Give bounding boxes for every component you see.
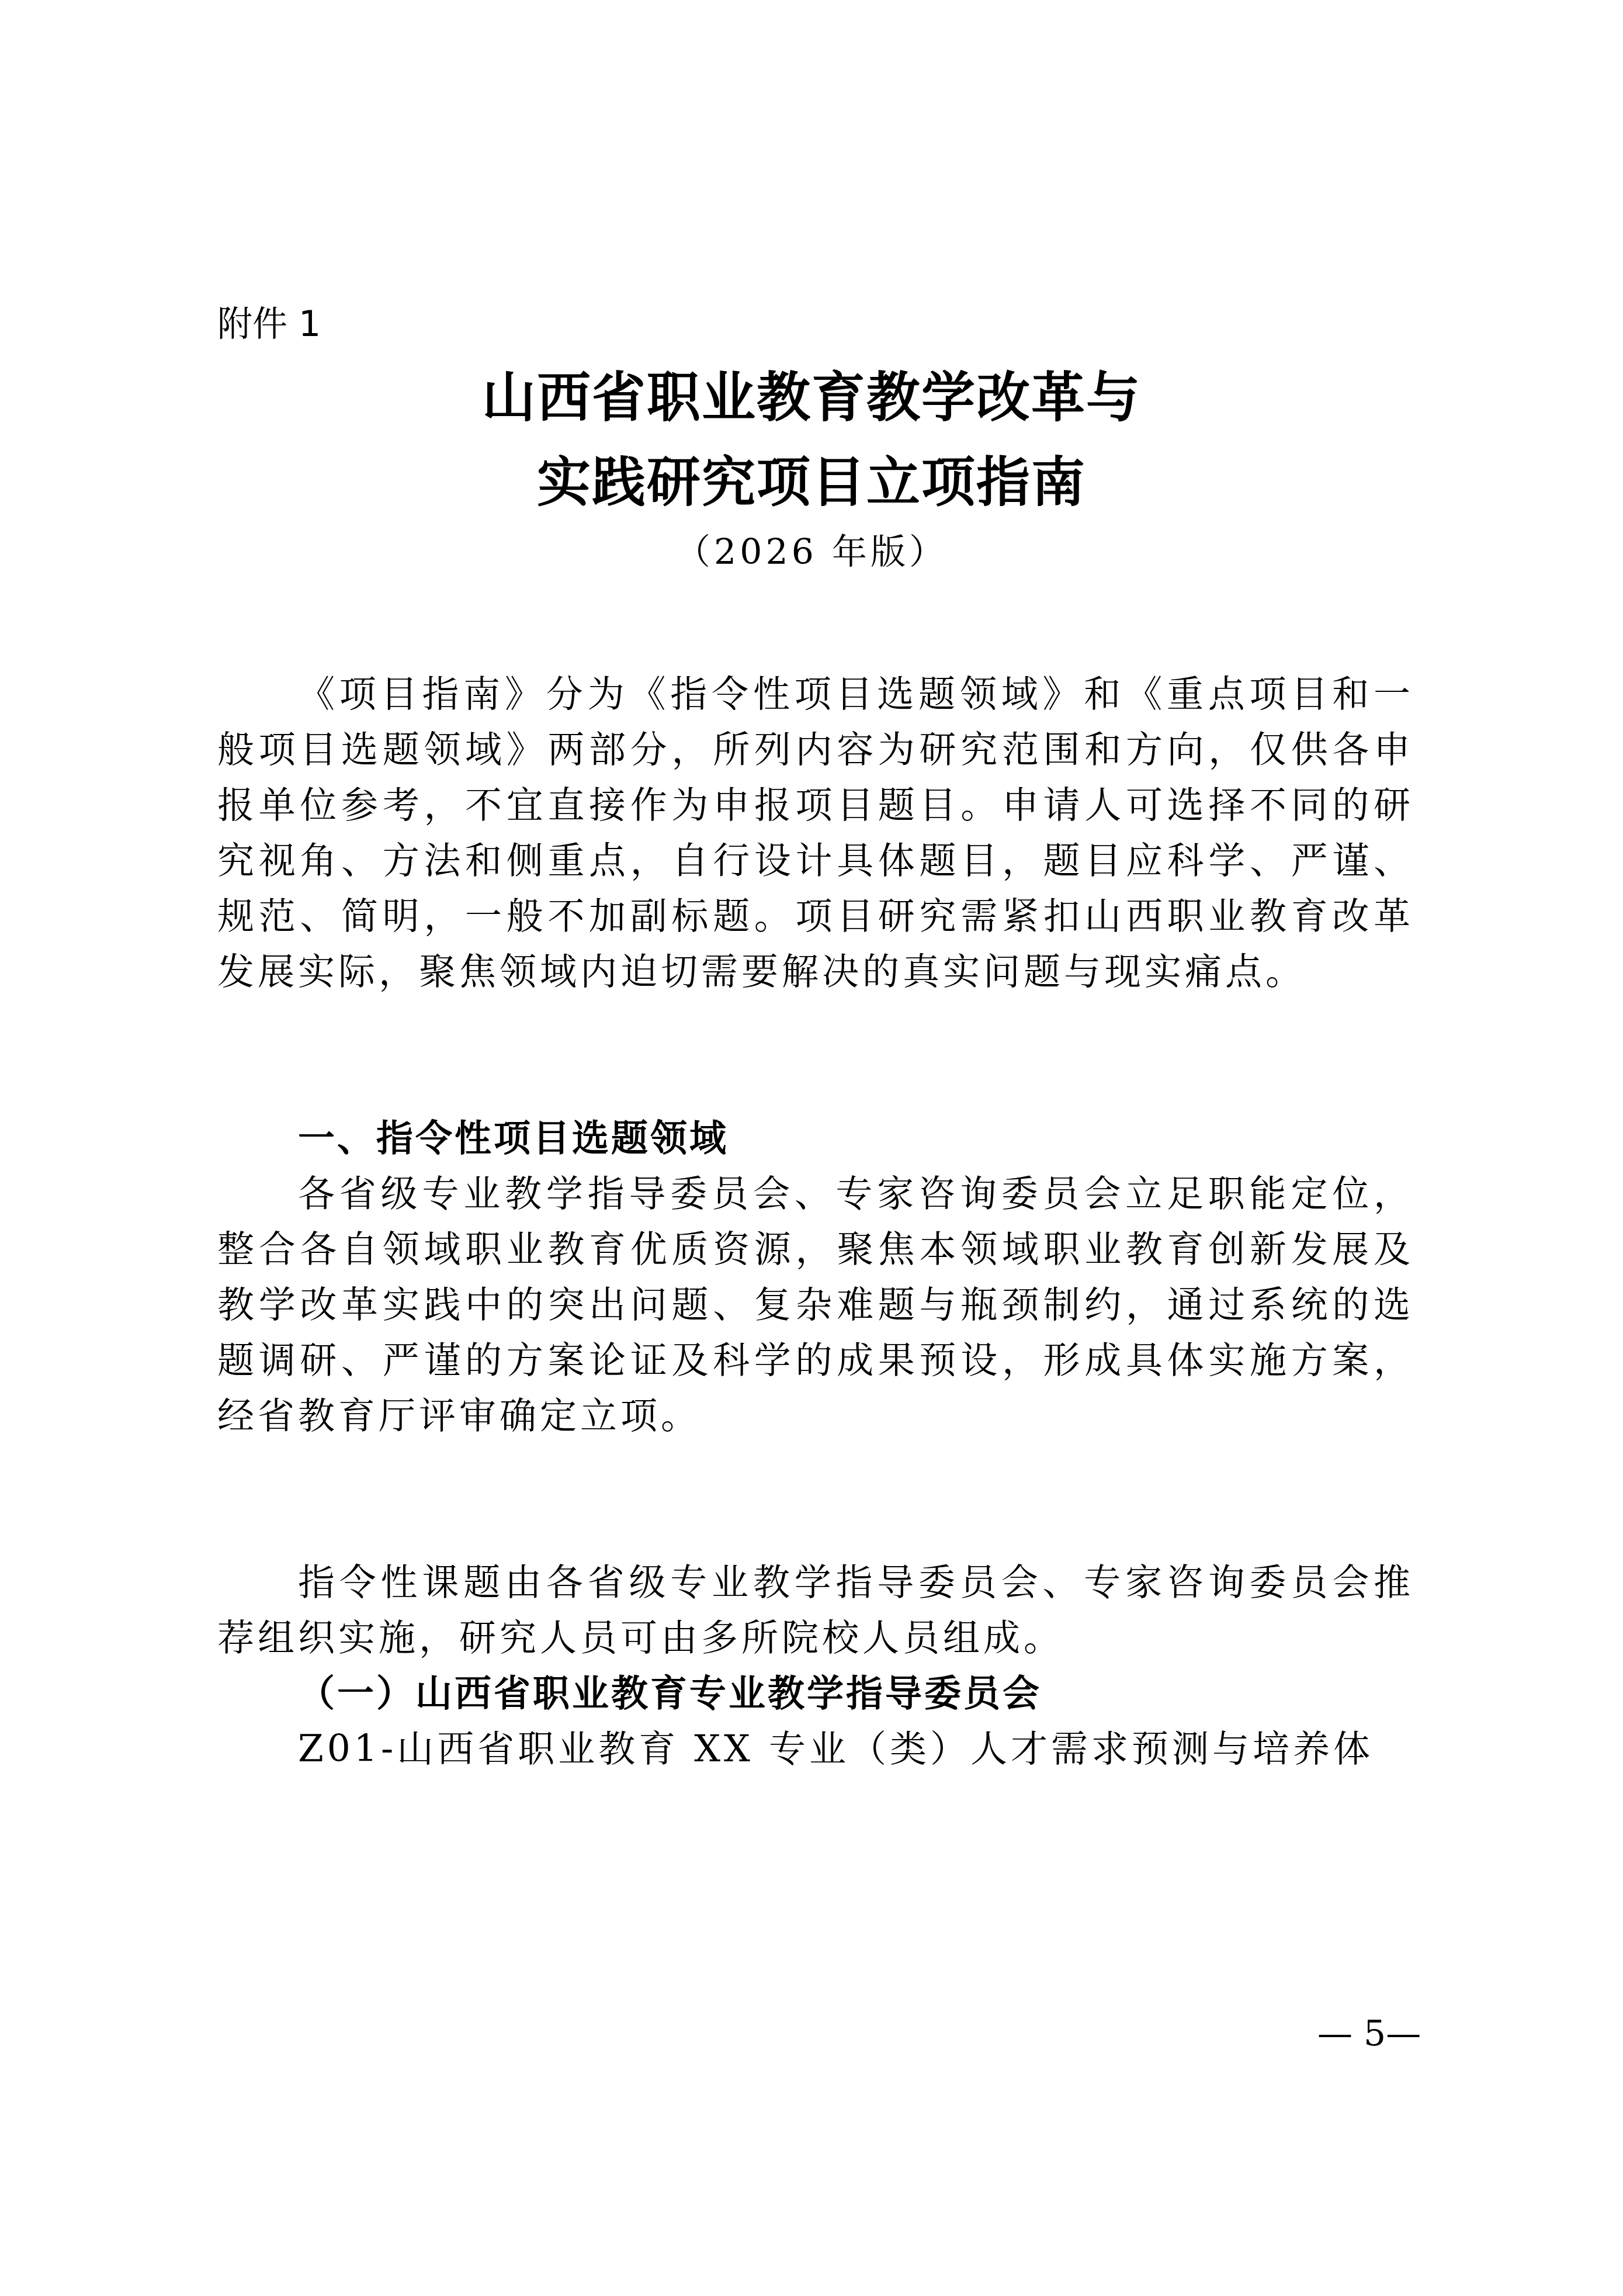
document-page: 附件 1 山西省职业教育教学改革与 实践研究项目立项指南 （2026 年版） 《… — [0, 0, 1623, 2296]
section-heading-directive-projects: 一、指令性项目选题领域 — [298, 1110, 729, 1166]
document-title-line-2: 实践研究项目立项指南 — [0, 450, 1623, 514]
section1-paragraph-2: 指令性课题由各省级专业教学指导委员会、专家咨询委员会推荐组织实施，研究人员可由多… — [217, 1554, 1414, 1665]
document-subtitle-edition: （2026 年版） — [0, 529, 1623, 576]
intro-paragraph: 《项目指南》分为《指令性项目选题领域》和《重点项目和一般项目选题领域》两部分，所… — [217, 666, 1414, 999]
document-title-line-1: 山西省职业教育教学改革与 — [0, 365, 1623, 430]
page-number: — 5— — [1317, 2010, 1421, 2057]
project-item-z01: Z01-山西省职业教育 XX 专业（类）人才需求预测与培养体 — [217, 1721, 1414, 1776]
section1-paragraph-1: 各省级专业教学指导委员会、专家咨询委员会立足职能定位，整合各自领域职业教育优质资… — [217, 1166, 1414, 1443]
subsection-heading-teaching-committee: （一）山西省职业教育专业教学指导委员会 — [298, 1665, 1042, 1721]
attachment-label: 附件 1 — [217, 301, 321, 348]
